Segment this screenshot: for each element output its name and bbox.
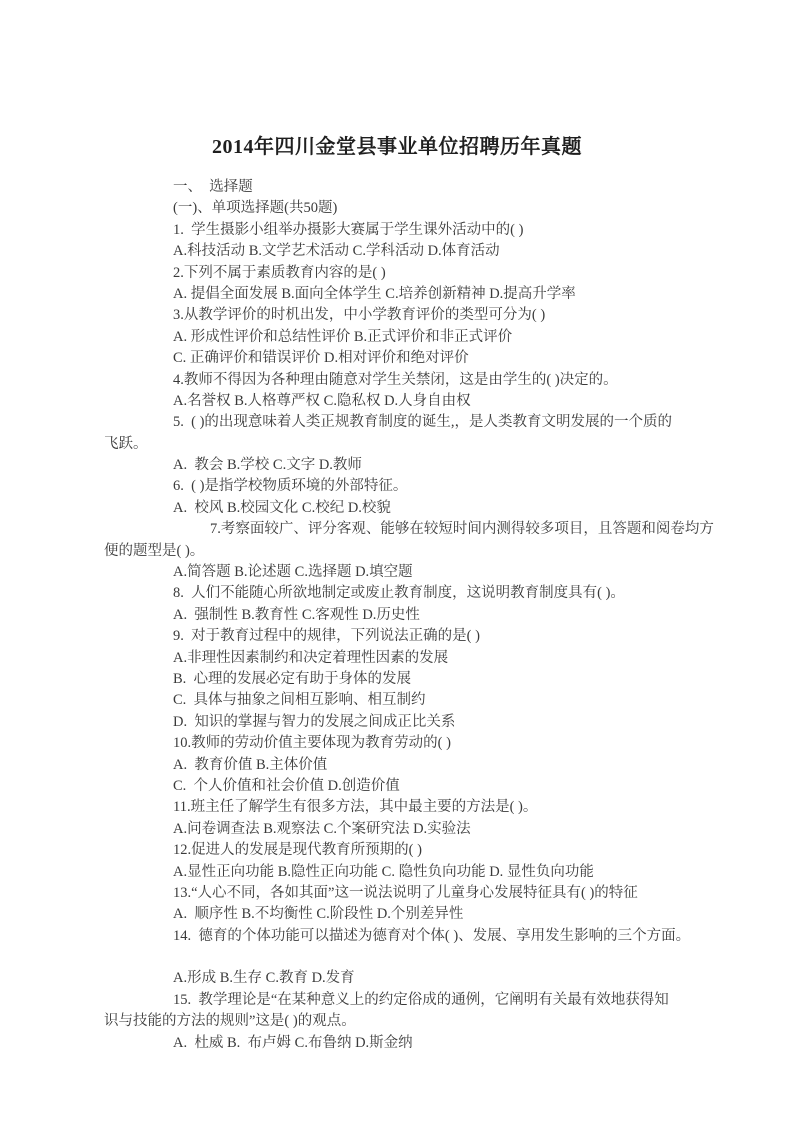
text-line: A. 强制性 B.教育性 C.客观性 D.历史性 [104, 605, 698, 626]
text-line: 5. ( )的出现意味着人类正规教育制度的诞生,，是人类教育文明发展的一个质的 [104, 412, 698, 433]
text-line: A. 校风 B.校园文化 C.校纪 D.校貌 [104, 498, 698, 519]
text-line: C. 正确评价和错误评价 D.相对评价和绝对评价 [104, 348, 698, 369]
document-body: 一、 选择题(一)、单项选择题(共50题)1. 学生摄影小组举办摄影大赛属于学生… [104, 177, 698, 1054]
text-line: 3.从教学评价的时机出发，中小学教育评价的类型可分为( ) [104, 305, 698, 326]
text-line: 13.“人心不同，各如其面”这一说法说明了儿童身心发展特征具有( )的特征 [104, 883, 698, 904]
text-line: 15. 教学理论是“在某种意义上的约定俗成的通例，它阐明有关最有效地获得知 [104, 990, 698, 1011]
text-line: 便的题型是( )。 [104, 541, 698, 562]
text-line: D. 知识的掌握与智力的发展之间成正比关系 [104, 712, 698, 733]
text-line: 7.考察面较广、评分客观、能够在较短时间内测得较多项目，且答题和阅卷均方 [104, 519, 698, 540]
text-line: A.问卷调查法 B.观察法 C.个案研究法 D.实验法 [104, 819, 698, 840]
text-line: (一)、单项选择题(共50题) [104, 198, 698, 219]
text-line: 2.下列不属于素质教育内容的是( ) [104, 263, 698, 284]
text-line: A.科技活动 B.文学艺术活动 C.学科活动 D.体育活动 [104, 241, 698, 262]
page-title: 2014年四川金堂县事业单位招聘历年真题 [0, 0, 794, 161]
text-line: A.显性正向功能 B.隐性正向功能 C. 隐性负向功能 D. 显性负向功能 [104, 862, 698, 883]
blank-line [104, 947, 698, 968]
text-line: A. 形成性评价和总结性评价 B.正式评价和非正式评价 [104, 327, 698, 348]
text-line: 6. ( )是指学校物质环境的外部特征。 [104, 476, 698, 497]
text-line: 识与技能的方法的规则”这是( )的观点。 [104, 1011, 698, 1032]
text-line: A. 杜威 B. 布卢姆 C.布鲁纳 D.斯金纳 [104, 1033, 698, 1054]
text-line: A.非理性因素制约和决定着理性因素的发展 [104, 648, 698, 669]
text-line: C. 个人价值和社会价值 D.创造价值 [104, 776, 698, 797]
text-line: A.简答题 B.论述题 C.选择题 D.填空题 [104, 562, 698, 583]
text-line: A. 顺序性 B.不均衡性 C.阶段性 D.个别差异性 [104, 904, 698, 925]
text-line: 11.班主任了解学生有很多方法，其中最主要的方法是( )。 [104, 797, 698, 818]
text-line: A. 提倡全面发展 B.面向全体学生 C.培养创新精神 D.提高升学率 [104, 284, 698, 305]
text-line: 一、 选择题 [104, 177, 698, 198]
text-line: A. 教育价值 B.主体价值 [104, 755, 698, 776]
text-line: 14. 德育的个体功能可以描述为德育对个体( )、发展、享用发生影响的三个方面。 [104, 926, 698, 947]
text-line: 1. 学生摄影小组举办摄影大赛属于学生课外活动中的( ) [104, 220, 698, 241]
text-line: C. 具体与抽象之间相互影响、相互制约 [104, 690, 698, 711]
text-line: B. 心理的发展必定有助于身体的发展 [104, 669, 698, 690]
text-line: A. 教会 B.学校 C.文字 D.教师 [104, 455, 698, 476]
text-line: 飞跃。 [104, 434, 698, 455]
text-line: 10.教师的劳动价值主要体现为教育劳动的( ) [104, 733, 698, 754]
text-line: 9. 对于教育过程中的规律，下列说法正确的是( ) [104, 626, 698, 647]
document-page: 2014年四川金堂县事业单位招聘历年真题 一、 选择题(一)、单项选择题(共50… [0, 0, 794, 1123]
text-line: 12.促进人的发展是现代教育所预期的( ) [104, 840, 698, 861]
text-line: A.形成 B.生存 C.教育 D.发育 [104, 968, 698, 989]
text-line: A.名誉权 B.人格尊严权 C.隐私权 D.人身自由权 [104, 391, 698, 412]
text-line: 4.教师不得因为各种理由随意对学生关禁闭，这是由学生的( )决定的。 [104, 370, 698, 391]
text-line: 8. 人们不能随心所欲地制定或废止教育制度，这说明教育制度具有( )。 [104, 583, 698, 604]
